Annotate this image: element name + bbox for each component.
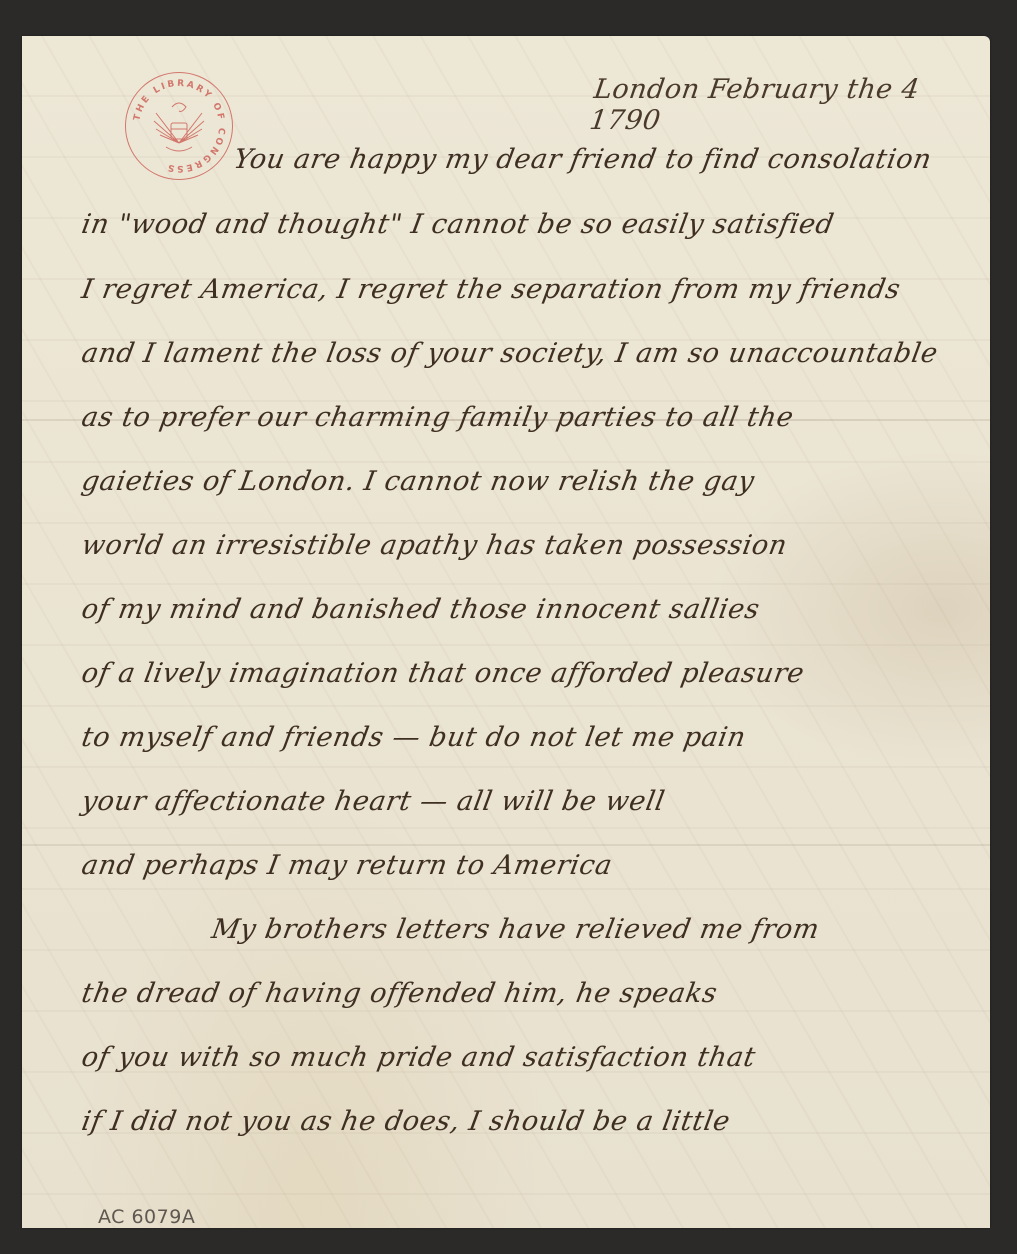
svg-text:THE LIBRARY OF CONGRESS: THE LIBRARY OF CONGRESS [132, 79, 226, 173]
letter-line-6: gaieties of London. I cannot now relish … [79, 466, 757, 497]
letter-line-5: as to prefer our charming family parties… [79, 402, 796, 433]
catalog-number: AC 6079A [98, 1206, 195, 1228]
letter-line-1: You are happy my dear friend to find con… [231, 144, 934, 175]
letter-line-9: of a lively imagination that once afford… [79, 658, 807, 689]
letter-line-4: and I lament the loss of your society, I… [79, 338, 940, 369]
eagle-seal-icon: THE LIBRARY OF CONGRESS [126, 73, 232, 179]
letter-line-13: My brothers letters have relieved me fro… [209, 914, 822, 945]
letter-page: THE LIBRARY OF CONGRESS London February … [22, 36, 990, 1228]
letter-line-11: your affectionate heart — all will be we… [79, 786, 667, 817]
letter-line-2: in "wood and thought" I cannot be so eas… [79, 209, 836, 240]
letter-line-14: the dread of having offended him, he spe… [79, 978, 720, 1009]
letter-line-3: I regret America, I regret the separatio… [79, 274, 903, 305]
paper-fold-line [22, 844, 990, 846]
letter-line-16: if I did not you as he does, I should be… [79, 1106, 732, 1137]
letter-line-15: of you with so much pride and satisfacti… [79, 1042, 758, 1073]
library-of-congress-stamp: THE LIBRARY OF CONGRESS [125, 72, 233, 180]
letter-dateline: London February the 4 1790 [588, 74, 977, 136]
letter-line-12: and perhaps I may return to America [79, 850, 615, 881]
letter-line-8: of my mind and banished those innocent s… [79, 594, 762, 625]
letter-line-10: to myself and friends — but do not let m… [79, 722, 748, 753]
letter-line-7: world an irresistible apathy has taken p… [79, 530, 789, 561]
